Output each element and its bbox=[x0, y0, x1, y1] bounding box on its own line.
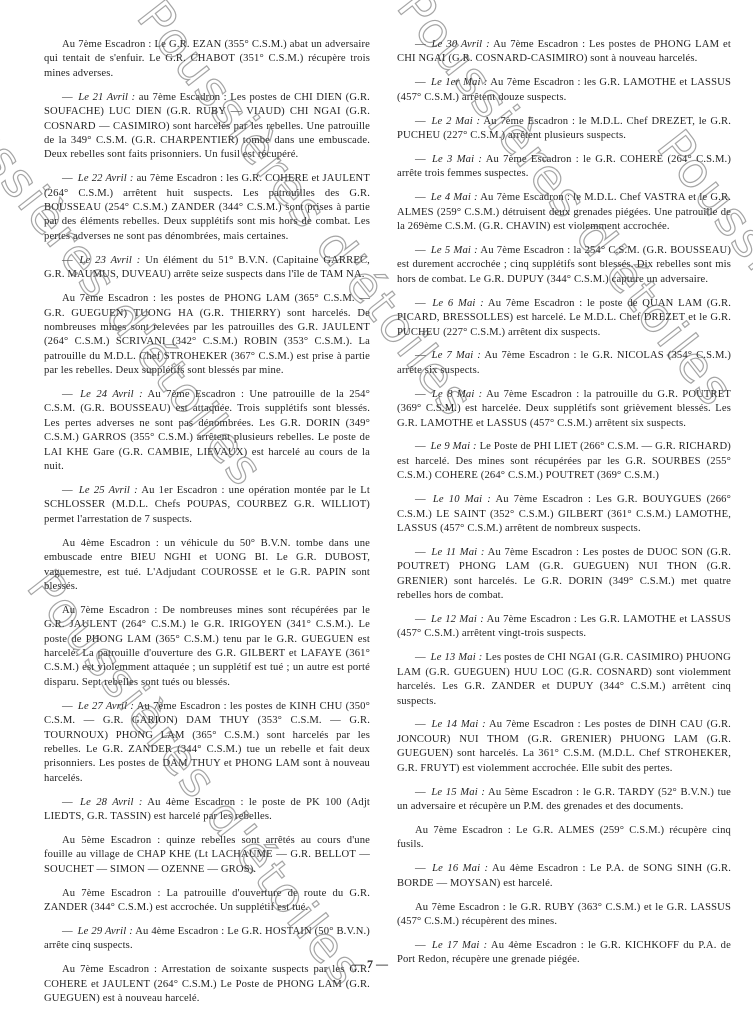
journal-entry: — Le 17 Mai : Au 4ème Escadron : le G.R.… bbox=[397, 939, 731, 968]
journal-entry: — Le 1er Mai : Au 7ème Escadron : les G.… bbox=[397, 76, 731, 105]
journal-entry: — Le 21 Avril : au 7ème Escadron : Les p… bbox=[44, 91, 370, 163]
entry-text: Au 5ème Escadron : quinze rebelles sont … bbox=[44, 835, 370, 875]
journal-entry: — Le 23 Avril : Un élément du 51° B.V.N.… bbox=[44, 254, 370, 283]
right-column: — Le 30 Avril : Au 7ème Escadron : Les p… bbox=[397, 38, 731, 977]
journal-entry: — Le 22 Avril : au 7ème Escadron : les G… bbox=[44, 172, 370, 244]
journal-entry: Au 4ème Escadron : un véhicule du 50° B.… bbox=[44, 537, 370, 595]
entry-date: Le 16 Mai : bbox=[432, 863, 488, 874]
entry-text: Au 4ème Escadron : un véhicule du 50° B.… bbox=[44, 538, 370, 592]
journal-entry: — Le 16 Mai : Au 4ème Escadron : Le P.A.… bbox=[397, 862, 731, 891]
entry-text: Au 7ème Escadron : le G.R. RUBY (363° C.… bbox=[397, 902, 731, 927]
journal-entry: — Le 27 Avril : Au 7ème Escadron : les p… bbox=[44, 700, 370, 786]
entry-date: Le 17 Mai : bbox=[432, 940, 487, 951]
entry-date: Le 5 Mai : bbox=[431, 245, 478, 256]
journal-entry: — Le 8 Mai : Au 7ème Escadron : la patro… bbox=[397, 388, 731, 431]
entry-date: Le 3 Mai : bbox=[432, 154, 482, 165]
journal-entry: Au 7ème Escadron : Le G.R. ALMES (259° C… bbox=[397, 824, 731, 853]
journal-entry: — Le 9 Mai : Le Poste de PHI LIET (266° … bbox=[397, 440, 731, 483]
entry-date: Le 27 Avril : bbox=[78, 701, 134, 712]
entry-date: Le 7 Mai : bbox=[432, 350, 481, 361]
entry-date: Le 24 Avril : bbox=[80, 389, 143, 400]
journal-entry: — Le 14 Mai : Au 7ème Escadron : Les pos… bbox=[397, 718, 731, 776]
entry-text: Au 7ème Escadron : De nombreuses mines s… bbox=[44, 605, 370, 688]
entry-date: Le 28 Avril : bbox=[80, 797, 143, 808]
entry-date: Le 23 Avril : bbox=[80, 255, 141, 266]
entry-text: Au 7ème Escadron : Une patrouille de la … bbox=[44, 389, 370, 472]
entry-text: Au 7ème Escadron : les postes de KINH CH… bbox=[44, 701, 370, 784]
entry-date: Le 11 Mai : bbox=[431, 547, 484, 558]
journal-entry: Au 7ème Escadron : le G.R. RUBY (363° C.… bbox=[397, 901, 731, 930]
journal-entry: — Le 7 Mai : Au 7ème Escadron : le G.R. … bbox=[397, 349, 731, 378]
entry-date: Le 30 Avril : bbox=[432, 39, 490, 50]
journal-entry: — Le 2 Mai : Au 7ème Escadron : le M.D.L… bbox=[397, 115, 731, 144]
entry-date: Le 21 Avril : bbox=[78, 92, 135, 103]
journal-entry: — Le 30 Avril : Au 7ème Escadron : Les p… bbox=[397, 38, 731, 67]
entry-date: Le 8 Mai : bbox=[432, 389, 482, 400]
entry-date: Le 13 Mai : bbox=[431, 652, 483, 663]
entry-date: Le 4 Mai : bbox=[431, 192, 478, 203]
page-number: — 7 — bbox=[340, 957, 400, 972]
entry-date: Le 10 Mai : bbox=[433, 494, 491, 505]
left-column: Au 7ème Escadron : Le G.R. EZAN (355° C.… bbox=[44, 38, 370, 1016]
entry-date: Le 9 Mai : bbox=[431, 441, 477, 452]
journal-entry: — Le 10 Mai : Au 7ème Escadron : Les G.R… bbox=[397, 493, 731, 536]
entry-text: Au 7ème Escadron : les postes de PHONG L… bbox=[44, 293, 370, 376]
journal-entry: Au 7ème Escadron : De nombreuses mines s… bbox=[44, 604, 370, 690]
journal-entry: — Le 4 Mai : Au 7ème Escadron : le M.D.L… bbox=[397, 191, 731, 234]
journal-entry: — Le 29 Avril : Au 4ème Escadron : Le G.… bbox=[44, 925, 370, 954]
journal-entry: Au 5ème Escadron : quinze rebelles sont … bbox=[44, 834, 370, 877]
journal-entry: — Le 25 Avril : Au 1er Escadron : une op… bbox=[44, 484, 370, 527]
journal-entry: — Le 6 Mai : Au 7ème Escadron : le poste… bbox=[397, 297, 731, 340]
journal-entry: — Le 12 Mai : Au 7ème Escadron : Les G.R… bbox=[397, 613, 731, 642]
journal-entry: Au 7ème Escadron : les postes de PHONG L… bbox=[44, 292, 370, 378]
journal-entry: — Le 5 Mai : Au 7ème Escadron : la 254° … bbox=[397, 244, 731, 287]
journal-entry: Au 7ème Escadron : Le G.R. EZAN (355° C.… bbox=[44, 38, 370, 81]
journal-entry: Au 7ème Escadron : Arrestation de soixan… bbox=[44, 963, 370, 1006]
entry-date: Le 2 Mai : bbox=[431, 116, 480, 127]
entry-date: Le 22 Avril : bbox=[78, 173, 134, 184]
journal-entry: — Le 13 Mai : Les postes de CHI NGAI (G.… bbox=[397, 651, 731, 709]
entry-text: Au 7ème Escadron : Arrestation de soixan… bbox=[44, 964, 370, 1004]
entry-date: Le 15 Mai : bbox=[431, 787, 485, 798]
entry-text: Au 7ème Escadron : Le G.R. EZAN (355° C.… bbox=[44, 39, 370, 79]
entry-text: Au 7ème Escadron : La patrouille d'ouver… bbox=[44, 888, 370, 913]
journal-entry: — Le 11 Mai : Au 7ème Escadron : Les pos… bbox=[397, 546, 731, 604]
entry-text: Au 7ème Escadron : Le G.R. ALMES (259° C… bbox=[397, 825, 731, 850]
entry-date: Le 1er Mai : bbox=[431, 77, 488, 88]
entry-date: Le 29 Avril : bbox=[78, 926, 133, 937]
entry-date: Le 14 Mai : bbox=[432, 719, 486, 730]
journal-entry: — Le 15 Mai : Au 5ème Escadron : le G.R.… bbox=[397, 786, 731, 815]
journal-entry: Au 7ème Escadron : La patrouille d'ouver… bbox=[44, 887, 370, 916]
entry-date: Le 12 Mai : bbox=[431, 614, 484, 625]
journal-entry: — Le 3 Mai : Au 7ème Escadron : le G.R. … bbox=[397, 153, 731, 182]
journal-entry: — Le 28 Avril : Au 4ème Escadron : le po… bbox=[44, 796, 370, 825]
entry-date: Le 25 Avril : bbox=[79, 485, 138, 496]
entry-date: Le 6 Mai : bbox=[432, 298, 483, 309]
document-page: Au 7ème Escadron : Le G.R. EZAN (355° C.… bbox=[0, 0, 753, 1024]
journal-entry: — Le 24 Avril : Au 7ème Escadron : Une p… bbox=[44, 388, 370, 474]
